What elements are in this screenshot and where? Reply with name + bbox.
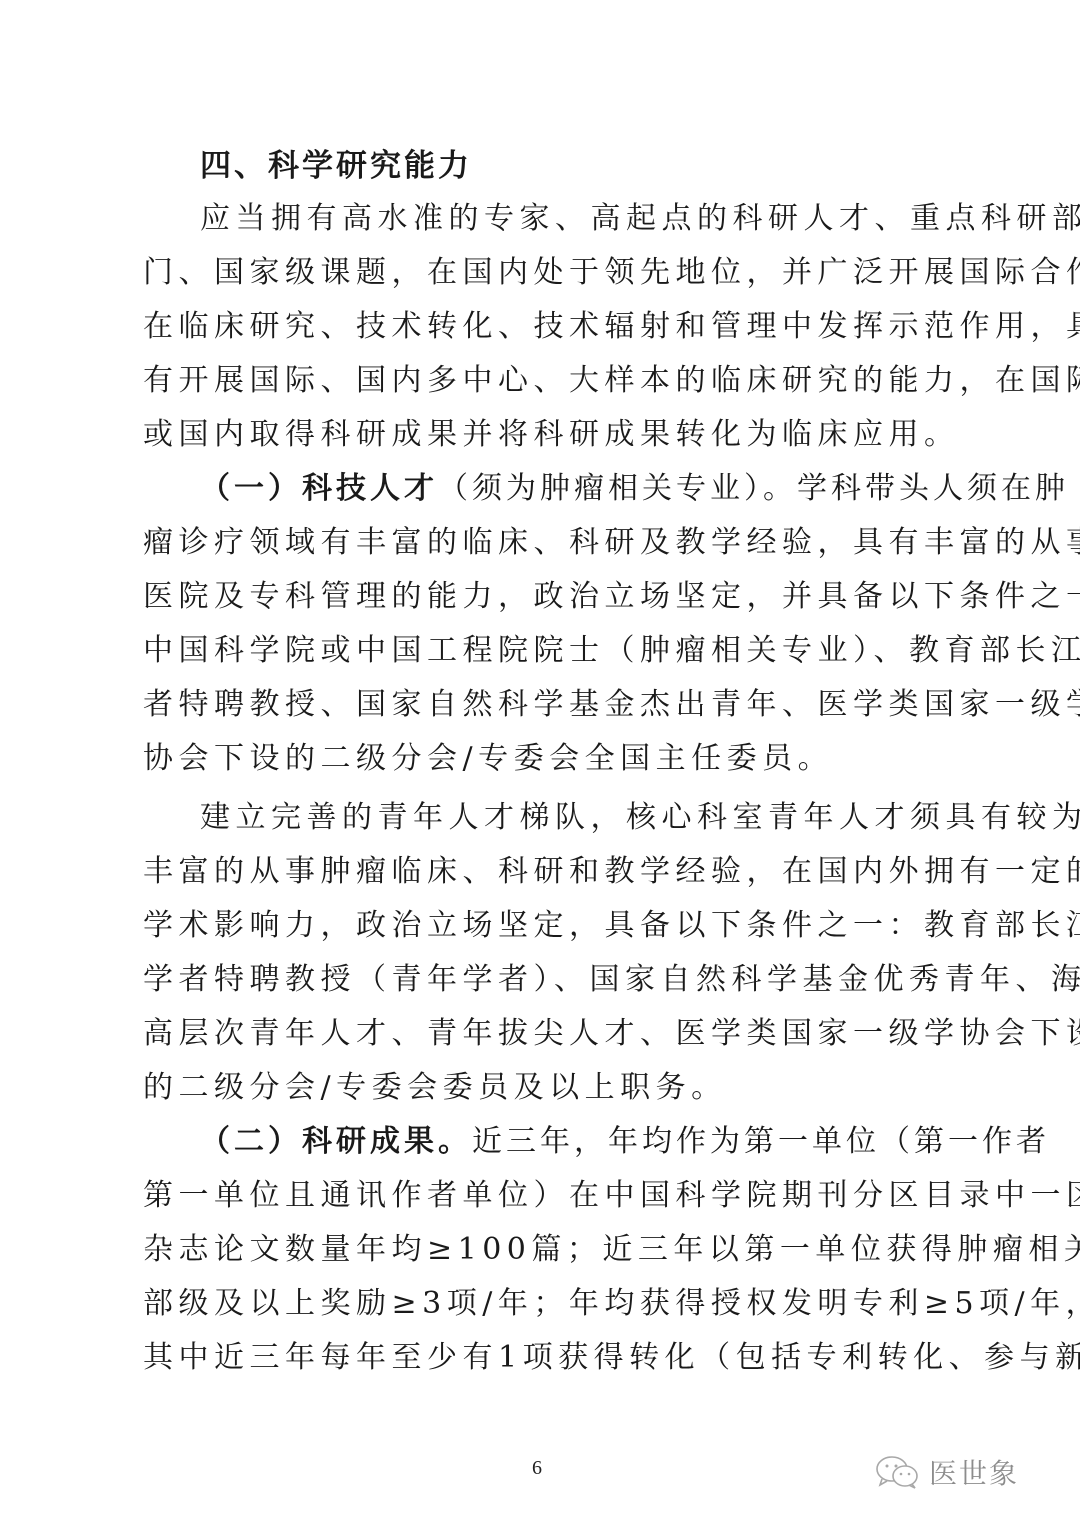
- subsection-1-line-6: 协会下设的二级分会/专委会全国主任委员。: [143, 739, 939, 779]
- youth-line-6: 的二级分会/专委会委员及以上职务。: [143, 1068, 939, 1108]
- subsection-2-first-line: （二）科研成果。近三年，年均作为第一单位（第一作者: [200, 1122, 939, 1162]
- intro-line-1: 应当拥有高水准的专家、高起点的科研人才、重点科研部: [200, 199, 939, 239]
- youth-line-4: 学者特聘教授（青年学者）、国家自然科学基金优秀青年、海外: [143, 960, 939, 1000]
- subsection-1-line-5: 者特聘教授、国家自然科学基金杰出青年、医学类国家一级学: [143, 685, 939, 725]
- subsection-2-line-3: 杂志论文数量年均≥100篇；近三年以第一单位获得肿瘤相关省: [143, 1230, 939, 1270]
- watermark: 医世象: [875, 1452, 1019, 1492]
- subsection-1-first-line-text: （须为肿瘤相关专业）。学科带头人须在肿: [438, 471, 1069, 506]
- subsection-1-line-3: 医院及专科管理的能力，政治立场坚定，并具备以下条件之一:: [143, 577, 939, 617]
- subsection-2-line-4: 部级及以上奖励≥3项/年；年均获得授权发明专利≥5项/年，: [143, 1284, 939, 1324]
- subsection-2-first-line-text: 近三年，年均作为第一单位（第一作者: [472, 1124, 1050, 1159]
- subsection-2-line-5: 其中近三年每年至少有1项获得转化（包括专利转化、参与新: [143, 1338, 939, 1378]
- section-heading: 四、科学研究能力: [200, 146, 472, 186]
- intro-line-4: 有开展国际、国内多中心、大样本的临床研究的能力，在国际: [143, 361, 939, 401]
- wechat-icon: [875, 1455, 921, 1489]
- intro-line-2: 门、国家级课题，在国内处于领先地位，并广泛开展国际合作。: [143, 253, 939, 293]
- intro-line-3: 在临床研究、技术转化、技术辐射和管理中发挥示范作用，具: [143, 307, 939, 347]
- subsection-1-title: （一）科技人才: [200, 471, 438, 506]
- youth-line-3: 学术影响力，政治立场坚定，具备以下条件之一：教育部长江: [143, 906, 939, 946]
- youth-line-1: 建立完善的青年人才梯队，核心科室青年人才须具有较为: [200, 798, 939, 838]
- youth-line-2: 丰富的从事肿瘤临床、科研和教学经验，在国内外拥有一定的: [143, 852, 939, 892]
- subsection-1-line-2: 瘤诊疗领域有丰富的临床、科研及教学经验，具有丰富的从事: [143, 523, 939, 563]
- intro-line-5: 或国内取得科研成果并将科研成果转化为临床应用。: [143, 415, 939, 455]
- subsection-1-first-line: （一）科技人才（须为肿瘤相关专业）。学科带头人须在肿: [200, 469, 939, 509]
- subsection-1-line-4: 中国科学院或中国工程院院士（肿瘤相关专业）、教育部长江学: [143, 631, 939, 671]
- page-number: 6: [532, 1456, 542, 1480]
- subsection-2-title: （二）科研成果。: [200, 1124, 472, 1159]
- document-page: 四、科学研究能力 应当拥有高水准的专家、高起点的科研人才、重点科研部 门、国家级…: [0, 0, 1080, 1526]
- subsection-2-line-2: 第一单位且通讯作者单位）在中国科学院期刊分区目录中一区: [143, 1176, 939, 1216]
- watermark-text: 医世象: [929, 1452, 1019, 1492]
- youth-line-5: 高层次青年人才、青年拔尖人才、医学类国家一级学协会下设: [143, 1014, 939, 1054]
